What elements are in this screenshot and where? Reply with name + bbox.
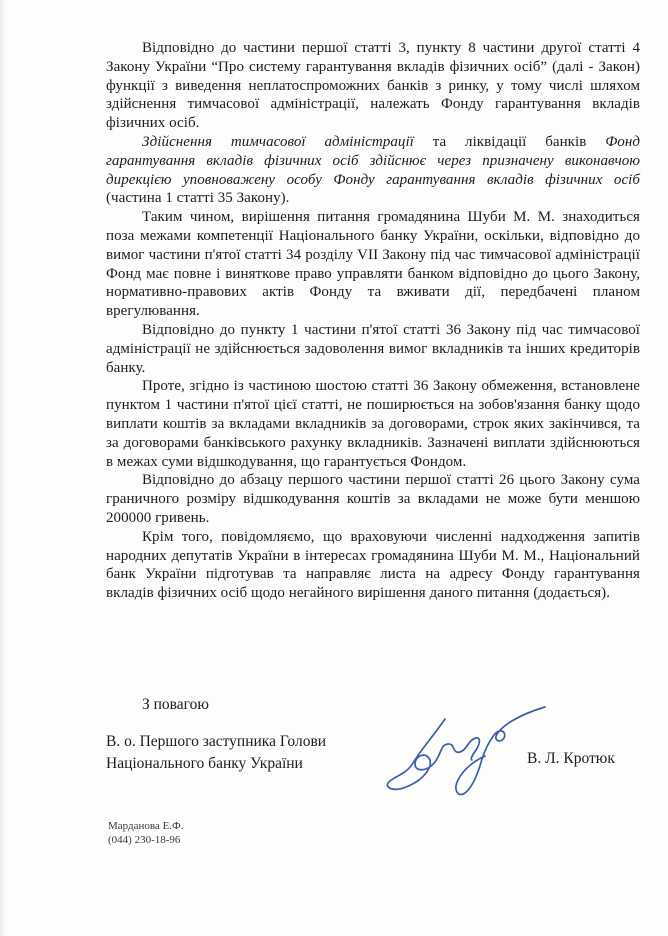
signature-stroke-main bbox=[387, 719, 479, 789]
body-paragraph: Крім того, повідомляємо, що враховуючи ч… bbox=[106, 528, 640, 603]
body-paragraph-mixed: Здійснення тимчасової адміністрації та л… bbox=[106, 133, 640, 208]
body-paragraph: Таким чином, вирішення питання громадяни… bbox=[106, 208, 640, 321]
signer-position-line2: Національного банку України bbox=[106, 753, 326, 775]
executor-block: Марданова Е.Ф. (044) 230-18-96 bbox=[108, 820, 183, 847]
text-run: та ліквідації банків bbox=[414, 134, 605, 150]
body-paragraph: Проте, згідно із частиною шостою статті … bbox=[106, 377, 640, 471]
text-run: (частина 1 статті 35 Закону). bbox=[106, 190, 290, 206]
executor-phone: (044) 230-18-96 bbox=[108, 834, 183, 848]
signer-name: В. Л. Кротюк bbox=[527, 750, 615, 768]
closing-salutation: З повагою bbox=[142, 696, 209, 714]
signer-position: В. о. Першого заступника Голови Націонал… bbox=[106, 731, 326, 774]
body-paragraph: Відповідно до пункту 1 частини п'ятої ст… bbox=[106, 321, 640, 377]
letter-body: Відповідно до частини першої статті 3, п… bbox=[106, 39, 640, 603]
body-paragraph: Відповідно до абзацу першого частини пер… bbox=[106, 471, 640, 527]
executor-name: Марданова Е.Ф. bbox=[108, 820, 183, 834]
signer-position-line1: В. о. Першого заступника Голови bbox=[106, 731, 326, 753]
text-run-italic: Здійснення тимчасової адміністрації bbox=[142, 134, 414, 150]
handwritten-signature bbox=[368, 693, 548, 808]
body-paragraph: Відповідно до частини першої статті 3, п… bbox=[106, 39, 640, 133]
scanned-letter-page: Відповідно до частини першої статті 3, п… bbox=[0, 0, 668, 936]
scan-edge-shadow bbox=[0, 0, 6, 936]
